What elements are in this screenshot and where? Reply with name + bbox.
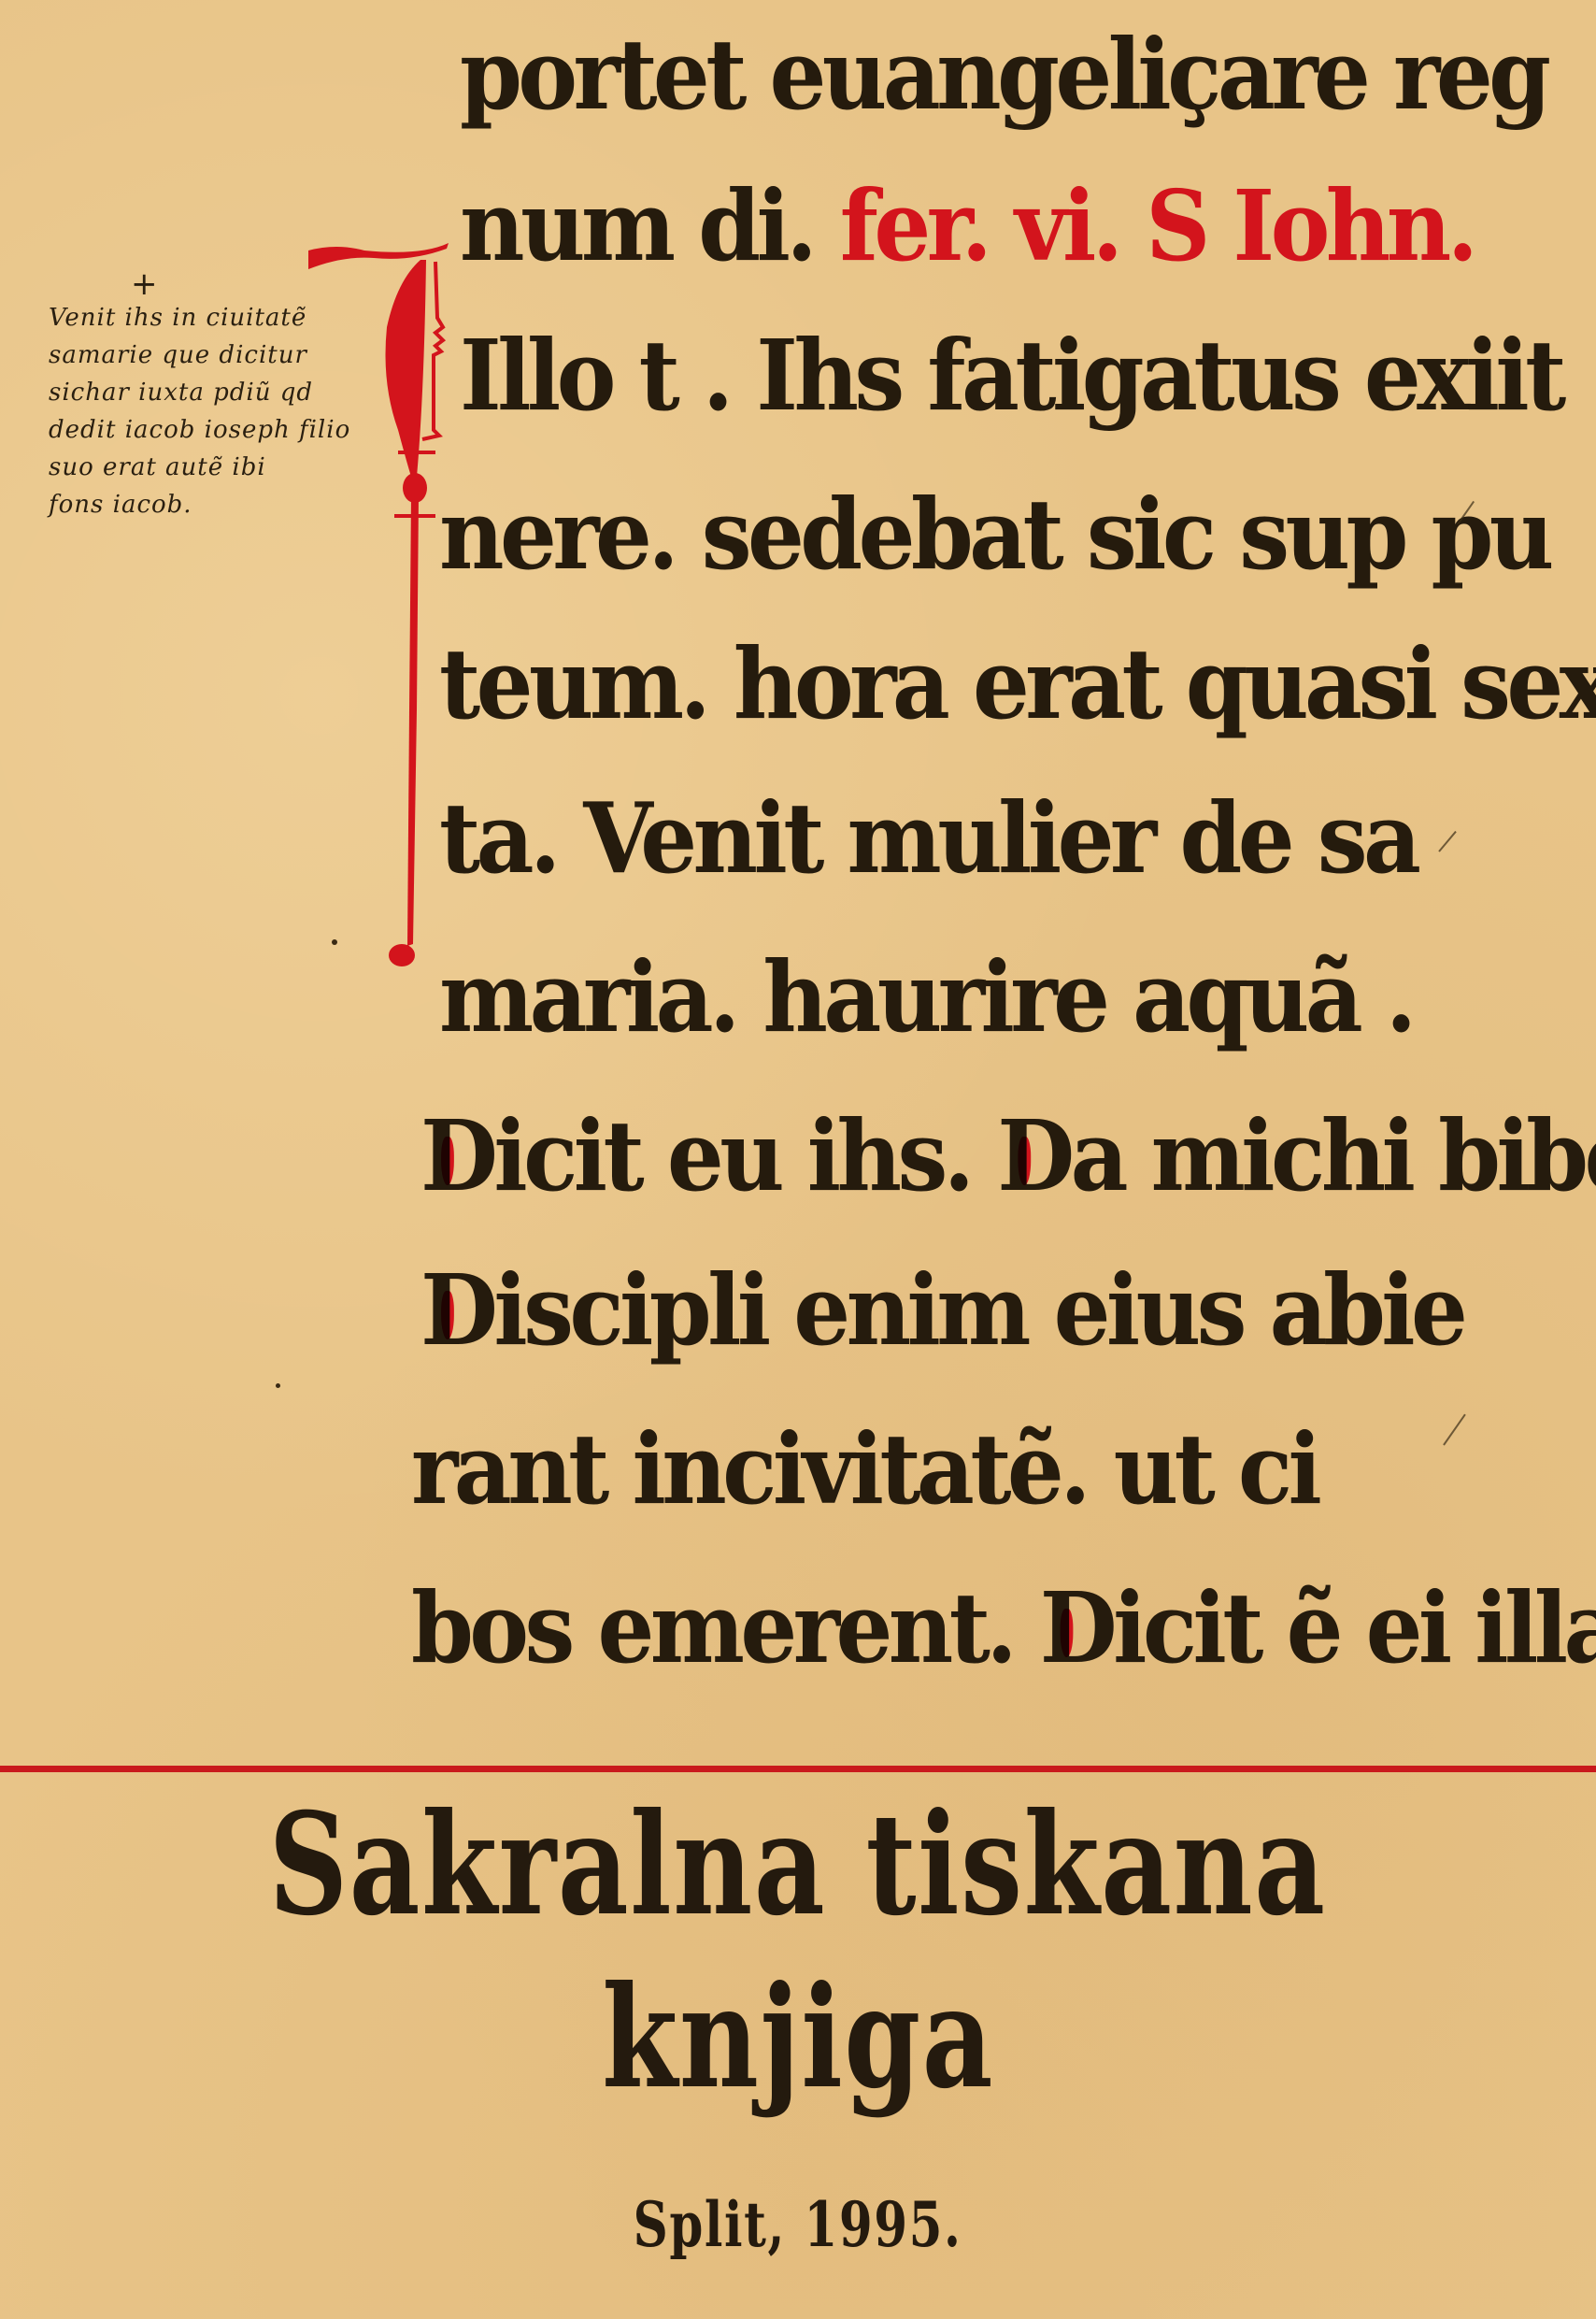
manuscript-text: iscipli enim eius abie xyxy=(493,1253,1463,1367)
rubric-heading: fer. vi. S Iohn. xyxy=(840,168,1475,283)
ink-speck xyxy=(276,1383,280,1388)
red-divider-rule xyxy=(0,1766,1596,1772)
rubricated-initial: D xyxy=(1040,1580,1113,1677)
manuscript-text: num di. xyxy=(460,168,840,283)
manuscript-text: teum. hora erat quasi sex xyxy=(439,626,1596,741)
manuscript-text: bos emerent. xyxy=(411,1570,1040,1685)
manuscript-line: bos emerent. Dicit ẽ ei illa xyxy=(411,1580,1596,1677)
manuscript-text: Illo t . Ihs fatigatus exiit xyxy=(460,318,1562,433)
hairline-stroke xyxy=(1438,831,1457,852)
manuscript-text: nere. sedebat sic sup pu xyxy=(439,477,1550,592)
manuscript-text: icit ẽ ei illa xyxy=(1113,1570,1596,1685)
manuscript-line: maria. haurire aquã . xyxy=(439,949,1413,1046)
ink-speck xyxy=(332,939,337,945)
rubricated-initial: D xyxy=(420,1108,493,1205)
manuscript-line: ta. Venit mulier de sa xyxy=(439,790,1417,887)
manuscript-text: a michi bibẽ xyxy=(1071,1098,1596,1213)
manuscript-line: teum. hora erat quasi sex xyxy=(439,636,1596,733)
rubricated-initial: D xyxy=(997,1108,1070,1205)
manuscript-text: portet euangeliçare reg xyxy=(460,17,1546,132)
imprint-text: Split, 1995. xyxy=(634,2183,962,2267)
manuscript-text: rant incivitatẽ. ut ci xyxy=(411,1411,1318,1526)
manuscript-text: icit eu ihs. xyxy=(493,1098,997,1213)
manuscript-line: portet euangeliçare reg xyxy=(460,26,1546,123)
hairline-stroke xyxy=(1443,1414,1466,1446)
title-text: knjiga xyxy=(602,1954,994,2122)
book-title-line-1: Sakralna tiskana xyxy=(0,1781,1596,1949)
book-cover: + Venit ihs in ciuitatẽ samarie que dici… xyxy=(0,0,1596,2319)
title-text: Sakralna tiskana xyxy=(269,1781,1327,1949)
manuscript-text: maria. haurire aquã . xyxy=(439,939,1413,1054)
manuscript-line: rant incivitatẽ. ut ci xyxy=(411,1421,1318,1518)
manuscript-text: ta. Venit mulier de sa xyxy=(439,780,1417,895)
manuscript-line: Dicit eu ihs. Da michi bibẽ xyxy=(420,1108,1596,1205)
decorated-initial-i-icon xyxy=(308,243,449,991)
gloss-cross-icon: + xyxy=(131,265,158,303)
manuscript-line: nere. sedebat sic sup pu xyxy=(439,486,1550,583)
manuscript-line: Discipli enim eius abie xyxy=(420,1262,1463,1359)
manuscript-line: num di. fer. vi. S Iohn. xyxy=(460,178,1474,275)
rubricated-initial: D xyxy=(420,1262,493,1359)
imprint-place-year: Split, 1995. xyxy=(0,2183,1596,2267)
book-title-line-2: knjiga xyxy=(0,1954,1596,2122)
manuscript-line: Illo t . Ihs fatigatus exiit xyxy=(460,327,1562,424)
